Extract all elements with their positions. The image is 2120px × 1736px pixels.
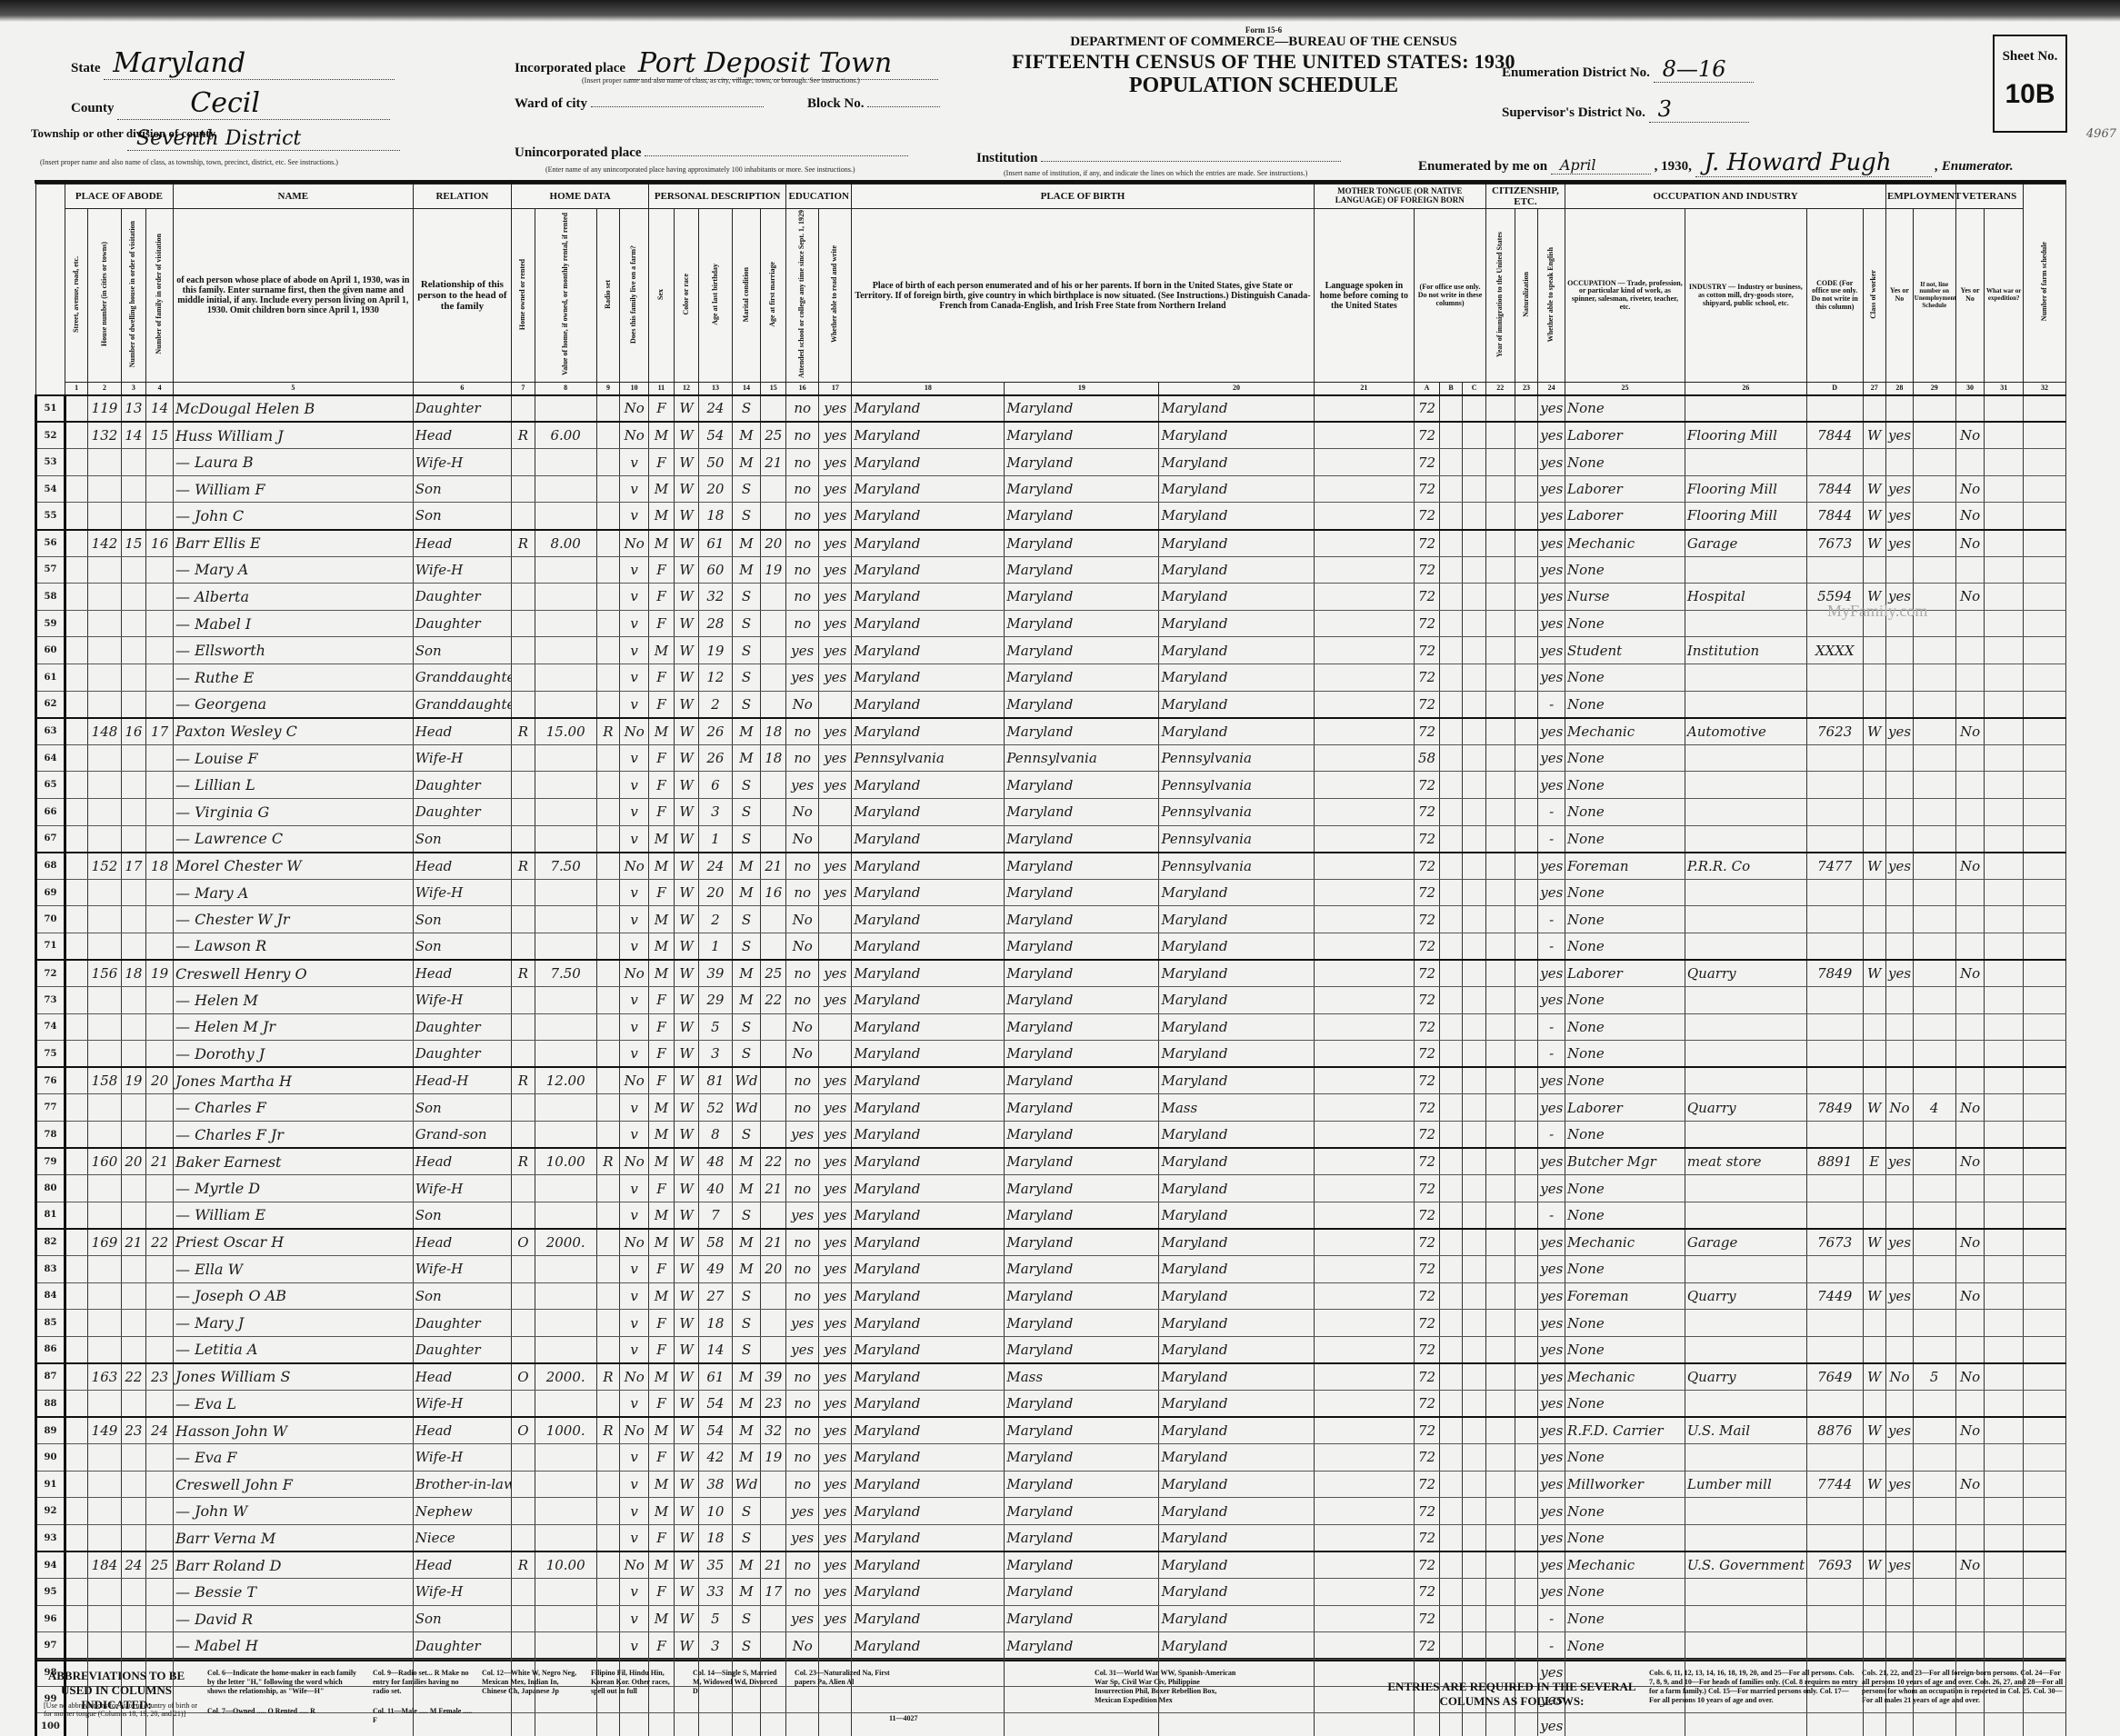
age-marr-cell: 18 <box>761 718 786 745</box>
sex-cell: M <box>649 1551 675 1579</box>
dwelling-cell <box>121 1471 146 1498</box>
empty-cell <box>2023 1524 2065 1551</box>
code-d-header: CODE (For office use only. Do not write … <box>1806 209 1863 383</box>
unemp-cell <box>1913 556 1955 584</box>
worker-cell <box>1863 637 1886 664</box>
empty-cell <box>1314 1579 1415 1606</box>
empty-cell <box>2023 1013 2065 1041</box>
line-number: 92 <box>36 1498 65 1525</box>
birth-person-cell: Maryland <box>852 1148 1005 1175</box>
english-cell: - <box>1538 1013 1565 1041</box>
empty-cell <box>65 1605 88 1632</box>
birth-father-cell: Maryland <box>1005 960 1159 987</box>
empty-cell <box>1485 1444 1515 1472</box>
empty-cell <box>1463 1471 1486 1498</box>
birth-father-cell: Maryland <box>1005 1417 1159 1444</box>
school-cell: no <box>786 610 819 637</box>
read-cell: yes <box>819 637 852 664</box>
home-data-group-header: HOME DATA <box>512 185 649 209</box>
race-cell: W <box>674 1417 699 1444</box>
column-number: A <box>1415 383 1440 395</box>
code-a-cell: 72 <box>1415 879 1440 906</box>
farm-cell: v <box>620 584 649 611</box>
occupation-cell: None <box>1565 1605 1685 1632</box>
code-d-cell: 7649 <box>1806 1363 1863 1391</box>
empty-cell <box>1515 1524 1538 1551</box>
marital-cell: M <box>732 530 761 557</box>
read-cell <box>819 933 852 960</box>
industry-cell <box>1685 798 1806 825</box>
empty-cell <box>1485 1256 1515 1283</box>
code-d-cell: XXXX <box>1806 637 1863 664</box>
age-cell: 3 <box>699 1632 732 1660</box>
code-a-cell: 72 <box>1415 1229 1440 1256</box>
empty-cell <box>1439 960 1463 987</box>
line-number: 51 <box>36 395 65 423</box>
empty-cell <box>1463 1067 1486 1094</box>
worker-cell: W <box>1863 503 1886 530</box>
vet-cell <box>1955 1202 1985 1229</box>
column-number: 2 <box>88 383 121 395</box>
age-marr-cell: 39 <box>761 1363 786 1391</box>
english-cell: yes <box>1538 1175 1565 1202</box>
code-d-cell <box>1806 1524 1863 1551</box>
empty-cell <box>65 1148 88 1175</box>
vet-cell <box>1955 987 1985 1014</box>
birth-person-cell: Maryland <box>852 503 1005 530</box>
owned-cell <box>512 610 535 637</box>
empty-cell <box>65 1094 88 1122</box>
industry-cell: Quarry <box>1685 1363 1806 1391</box>
dwelling-cell <box>121 503 146 530</box>
empty-cell <box>2023 960 2065 987</box>
radio-cell <box>596 1067 620 1094</box>
house-cell <box>88 637 121 664</box>
birth-father-cell: Maryland <box>1005 584 1159 611</box>
empty-cell <box>1463 556 1486 584</box>
marital-cell: S <box>732 1605 761 1632</box>
industry-cell: Garage <box>1685 1229 1806 1256</box>
family-cell: 15 <box>146 422 174 449</box>
birth-mother-cell: Maryland <box>1159 1363 1314 1391</box>
empty-cell <box>65 744 88 772</box>
dwelling-cell <box>121 933 146 960</box>
empty-cell <box>1485 1310 1515 1337</box>
census-row: 941842425Barr Roland DHeadR10.00NoMW35M2… <box>36 1551 2066 1579</box>
war-cell <box>1985 1229 2024 1256</box>
person-name: — John W <box>174 1498 414 1525</box>
relation-cell: Grand-son <box>413 1122 511 1149</box>
read-cell: yes <box>819 584 852 611</box>
age-marr-cell <box>761 691 786 718</box>
school-cell: no <box>786 744 819 772</box>
person-name: — Bessie T <box>174 1579 414 1606</box>
empty-cell <box>2023 584 2065 611</box>
english-cell: yes <box>1538 1391 1565 1418</box>
line-number: 58 <box>36 584 65 611</box>
code-d-cell <box>1806 1041 1863 1068</box>
industry-cell: Flooring Mill <box>1685 503 1806 530</box>
county-value: Cecil <box>117 87 390 120</box>
line-number: 52 <box>36 422 65 449</box>
english-cell: - <box>1538 798 1565 825</box>
empty-cell <box>2023 1256 2065 1283</box>
occupation-cell: None <box>1565 663 1685 691</box>
empty-cell <box>2023 475 2065 503</box>
family-cell <box>146 879 174 906</box>
code-a-cell: 72 <box>1415 1202 1440 1229</box>
empty-cell <box>1314 825 1415 853</box>
marital-cell: S <box>732 503 761 530</box>
vet-cell <box>1955 1632 1985 1660</box>
house-cell <box>88 1202 121 1229</box>
read-write-header: Whether able to read and write <box>819 209 852 383</box>
code-d-cell <box>1806 1444 1863 1472</box>
print-code: 11—4027 <box>889 1714 918 1723</box>
war-cell <box>1985 610 2024 637</box>
dwelling-cell: 24 <box>121 1551 146 1579</box>
empty-cell <box>65 1041 88 1068</box>
value-cell <box>535 584 596 611</box>
unemp-cell <box>1913 691 1955 718</box>
school-cell: no <box>786 1391 819 1418</box>
empty-cell <box>1485 879 1515 906</box>
dwelling-cell: 21 <box>121 1229 146 1256</box>
age-marr-cell: 20 <box>761 530 786 557</box>
family-cell <box>146 1498 174 1525</box>
code-a-cell: 72 <box>1415 1498 1440 1525</box>
industry-cell <box>1685 1122 1806 1149</box>
ward-value <box>591 106 764 107</box>
empty-cell <box>1485 530 1515 557</box>
empty-cell <box>1463 530 1486 557</box>
farm-cell: v <box>620 772 649 799</box>
industry-cell: meat store <box>1685 1148 1806 1175</box>
at-work-cell: yes <box>1886 1282 1914 1310</box>
vet-cell <box>1955 556 1985 584</box>
age-marr-cell <box>761 1336 786 1363</box>
empty-cell <box>1485 853 1515 880</box>
empty-cell <box>1485 1122 1515 1149</box>
empty-cell <box>65 556 88 584</box>
sex-cell: M <box>649 1498 675 1525</box>
sex-cell: F <box>649 449 675 476</box>
empty-cell <box>65 1444 88 1472</box>
age-cell: 5 <box>699 1605 732 1632</box>
radio-cell <box>596 933 620 960</box>
vet-cell <box>1955 1122 1985 1149</box>
farm-cell: v <box>620 475 649 503</box>
empty-cell <box>1439 879 1463 906</box>
race-cell: W <box>674 906 699 933</box>
house-cell <box>88 772 121 799</box>
marital-cell: S <box>732 395 761 423</box>
person-name: — Helen M <box>174 987 414 1014</box>
owned-cell <box>512 1391 535 1418</box>
race-cell: W <box>674 1605 699 1632</box>
birth-father-cell: Maryland <box>1005 879 1159 906</box>
code-d-cell <box>1806 744 1863 772</box>
code-d-cell: 7844 <box>1806 503 1863 530</box>
at-work-cell <box>1886 1498 1914 1525</box>
birth-mother-cell: Maryland <box>1159 1202 1314 1229</box>
empty-cell <box>1314 1041 1415 1068</box>
owned-cell <box>512 1336 535 1363</box>
unemp-cell <box>1913 1122 1955 1149</box>
war-cell <box>1985 556 2024 584</box>
race-cell: W <box>674 1067 699 1094</box>
empty-cell <box>1515 556 1538 584</box>
read-cell: yes <box>819 1579 852 1606</box>
war-cell <box>1985 1471 2024 1498</box>
at-work-cell <box>1886 772 1914 799</box>
code-a-cell: 72 <box>1415 1605 1440 1632</box>
english-cell: yes <box>1538 1067 1565 1094</box>
census-row: 71— Lawson RSonvMW1SNoMarylandMarylandMa… <box>36 933 2066 960</box>
empty-cell <box>1314 960 1415 987</box>
age-marr-cell <box>761 933 786 960</box>
industry-cell: U.S. Mail <box>1685 1417 1806 1444</box>
occupation-cell: None <box>1565 1202 1685 1229</box>
code-d-cell <box>1806 1391 1863 1418</box>
birth-father-cell: Maryland <box>1005 1041 1159 1068</box>
family-cell <box>146 691 174 718</box>
birth-father-cell: Maryland <box>1005 395 1159 423</box>
code-a-cell: 72 <box>1415 906 1440 933</box>
age-marr-cell <box>761 1013 786 1041</box>
empty-cell <box>1439 1605 1463 1632</box>
code-d-cell: 7673 <box>1806 1229 1863 1256</box>
birth-person-cell: Maryland <box>852 584 1005 611</box>
worker-cell <box>1863 1256 1886 1283</box>
age-marr-cell <box>761 1471 786 1498</box>
family-cell <box>146 1471 174 1498</box>
english-cell: yes <box>1538 772 1565 799</box>
house-cell <box>88 556 121 584</box>
read-cell: yes <box>819 1229 852 1256</box>
at-work-cell: yes <box>1886 1229 1914 1256</box>
empty-cell <box>1485 1094 1515 1122</box>
owned-cell: R <box>512 530 535 557</box>
line-number: 89 <box>36 1417 65 1444</box>
english-cell: - <box>1538 1202 1565 1229</box>
family-cell <box>146 556 174 584</box>
age-marr-cell: 18 <box>761 744 786 772</box>
empty-cell <box>1439 853 1463 880</box>
empty-cell <box>1485 1579 1515 1606</box>
english-cell: yes <box>1538 449 1565 476</box>
code-d-cell <box>1806 1013 1863 1041</box>
birth-father-cell: Maryland <box>1005 1605 1159 1632</box>
empty-cell <box>65 906 88 933</box>
relation-cell: Son <box>413 933 511 960</box>
birth-father-cell: Maryland <box>1005 1391 1159 1418</box>
unemp-cell <box>1913 1202 1955 1229</box>
english-cell: yes <box>1538 1363 1565 1391</box>
school-cell: no <box>786 1471 819 1498</box>
owned-cell <box>512 1498 535 1525</box>
family-cell <box>146 1282 174 1310</box>
birth-person-cell: Maryland <box>852 1229 1005 1256</box>
code-a-cell: 72 <box>1415 584 1440 611</box>
birth-mother-cell: Maryland <box>1159 1632 1314 1660</box>
relation-cell: Head <box>413 1363 511 1391</box>
family-cell <box>146 584 174 611</box>
age-marr-cell: 21 <box>761 1551 786 1579</box>
column-number: 30 <box>1955 383 1985 395</box>
unemp-cell <box>1913 1471 1955 1498</box>
industry-cell <box>1685 1605 1806 1632</box>
race-cell: W <box>674 1175 699 1202</box>
family-cell <box>146 1524 174 1551</box>
at-work-cell: yes <box>1886 1148 1914 1175</box>
relation-cell: Granddaughter <box>413 691 511 718</box>
naturalization-header: Naturalization <box>1515 209 1538 383</box>
occupation-cell: None <box>1565 798 1685 825</box>
age-cell: 14 <box>699 1336 732 1363</box>
vet-cell <box>1955 1175 1985 1202</box>
farm-cell: No <box>620 422 649 449</box>
person-name: Hasson John W <box>174 1417 414 1444</box>
empty-cell <box>1515 772 1538 799</box>
empty-cell <box>2023 1417 2065 1444</box>
vet-cell <box>1955 1391 1985 1418</box>
age-marr-cell <box>761 772 786 799</box>
family-cell <box>146 744 174 772</box>
school-cell: no <box>786 395 819 423</box>
empty-cell <box>1515 584 1538 611</box>
vet-cell: No <box>1955 1417 1985 1444</box>
radio-cell <box>596 1229 620 1256</box>
code-a-cell: 72 <box>1415 798 1440 825</box>
occupation-cell: None <box>1565 556 1685 584</box>
code-a-cell: 72 <box>1415 1363 1440 1391</box>
at-work-cell <box>1886 1067 1914 1094</box>
race-cell: W <box>674 1391 699 1418</box>
empty-cell <box>1463 987 1486 1014</box>
code-d-cell <box>1806 906 1863 933</box>
relation-cell: Wife-H <box>413 1391 511 1418</box>
census-row: 64— Louise FWife-HvFW26M18noyesPennsylva… <box>36 744 2066 772</box>
empty-cell <box>1314 1148 1415 1175</box>
value-cell <box>535 1632 596 1660</box>
read-cell <box>819 1013 852 1041</box>
radio-cell: R <box>596 1417 620 1444</box>
vet-cell <box>1955 395 1985 423</box>
unemp-cell <box>1913 449 1955 476</box>
institution-note: (Insert name of institution, if any, and… <box>1004 169 1307 177</box>
empty-cell <box>2023 1632 2065 1660</box>
house-cell <box>88 663 121 691</box>
line-number: 79 <box>36 1148 65 1175</box>
age-marr-cell <box>761 1524 786 1551</box>
empty-cell <box>1515 1067 1538 1094</box>
english-cell: yes <box>1538 1094 1565 1122</box>
read-cell: yes <box>819 503 852 530</box>
code-abc-header: (For office use only. Do not write in th… <box>1415 209 1486 383</box>
unemp-cell <box>1913 422 1955 449</box>
column-number: 6 <box>413 383 511 395</box>
occupation-cell: Mechanic <box>1565 1229 1685 1256</box>
incorporated-value: Port Deposit Town <box>629 47 938 80</box>
vet-cell <box>1955 1336 1985 1363</box>
age-cell: 32 <box>699 584 732 611</box>
race-cell: W <box>674 987 699 1014</box>
empty-cell <box>1439 475 1463 503</box>
unemp-cell <box>1913 530 1955 557</box>
vet-cell: No <box>1955 1282 1985 1310</box>
census-row: 761581920Jones Martha HHead-HR12.00NoFW8… <box>36 1067 2066 1094</box>
owned-cell <box>512 1471 535 1498</box>
dwelling-cell <box>121 1605 146 1632</box>
race-cell: W <box>674 1013 699 1041</box>
empty-cell <box>1485 1417 1515 1444</box>
read-cell: yes <box>819 960 852 987</box>
institution-field: Institution <box>976 151 1341 166</box>
family-cell <box>146 906 174 933</box>
relation-cell: Daughter <box>413 772 511 799</box>
value-cell <box>535 610 596 637</box>
relation-cell: Son <box>413 906 511 933</box>
read-cell: yes <box>819 610 852 637</box>
value-cell: 15.00 <box>535 718 596 745</box>
english-cell: yes <box>1538 987 1565 1014</box>
empty-cell <box>1515 853 1538 880</box>
marital-cell: S <box>732 475 761 503</box>
age-marr-cell <box>761 1067 786 1094</box>
age-marr-cell <box>761 395 786 423</box>
birth-father-cell: Maryland <box>1005 1310 1159 1337</box>
age-marr-cell: 20 <box>761 1256 786 1283</box>
industry-cell <box>1685 1444 1806 1472</box>
value-cell <box>535 1579 596 1606</box>
marital-cell: S <box>732 1498 761 1525</box>
age-cell: 35 <box>699 1551 732 1579</box>
empty-cell <box>1439 449 1463 476</box>
value-cell: 8.00 <box>535 530 596 557</box>
empty-cell <box>65 1013 88 1041</box>
empty-cell <box>1485 637 1515 664</box>
line-number: 54 <box>36 475 65 503</box>
farm-cell: v <box>620 1282 649 1310</box>
empty-cell <box>65 1175 88 1202</box>
marital-cell: S <box>732 933 761 960</box>
vet-cell <box>1955 744 1985 772</box>
vet-cell: No <box>1955 853 1985 880</box>
col6-note: Col. 6—Indicate the home-maker in each f… <box>207 1669 362 1696</box>
footer-abbreviations: ABBREVIATIONS TO BE USED IN COLUMNS INDI… <box>35 1665 2066 1729</box>
dwelling-cell <box>121 663 146 691</box>
person-name: — Charles F Jr <box>174 1122 414 1149</box>
farm-cell: v <box>620 1471 649 1498</box>
empty-cell <box>1314 1498 1415 1525</box>
at-work-cell: yes <box>1886 718 1914 745</box>
empty-cell <box>1314 1013 1415 1041</box>
marital-cell: M <box>732 556 761 584</box>
empty-cell <box>1515 906 1538 933</box>
at-work-cell <box>1886 1391 1914 1418</box>
race-header: Color or race <box>674 209 699 383</box>
empty-cell <box>1463 691 1486 718</box>
worker-cell: W <box>1863 530 1886 557</box>
code-d-cell: 7844 <box>1806 422 1863 449</box>
birth-father-cell: Maryland <box>1005 449 1159 476</box>
census-row: 60— EllsworthSonvMW19SyesyesMarylandMary… <box>36 637 2066 664</box>
age-cell: 24 <box>699 395 732 423</box>
industry-cell <box>1685 1632 1806 1660</box>
line-number: 62 <box>36 691 65 718</box>
dwelling-cell: 19 <box>121 1067 146 1094</box>
